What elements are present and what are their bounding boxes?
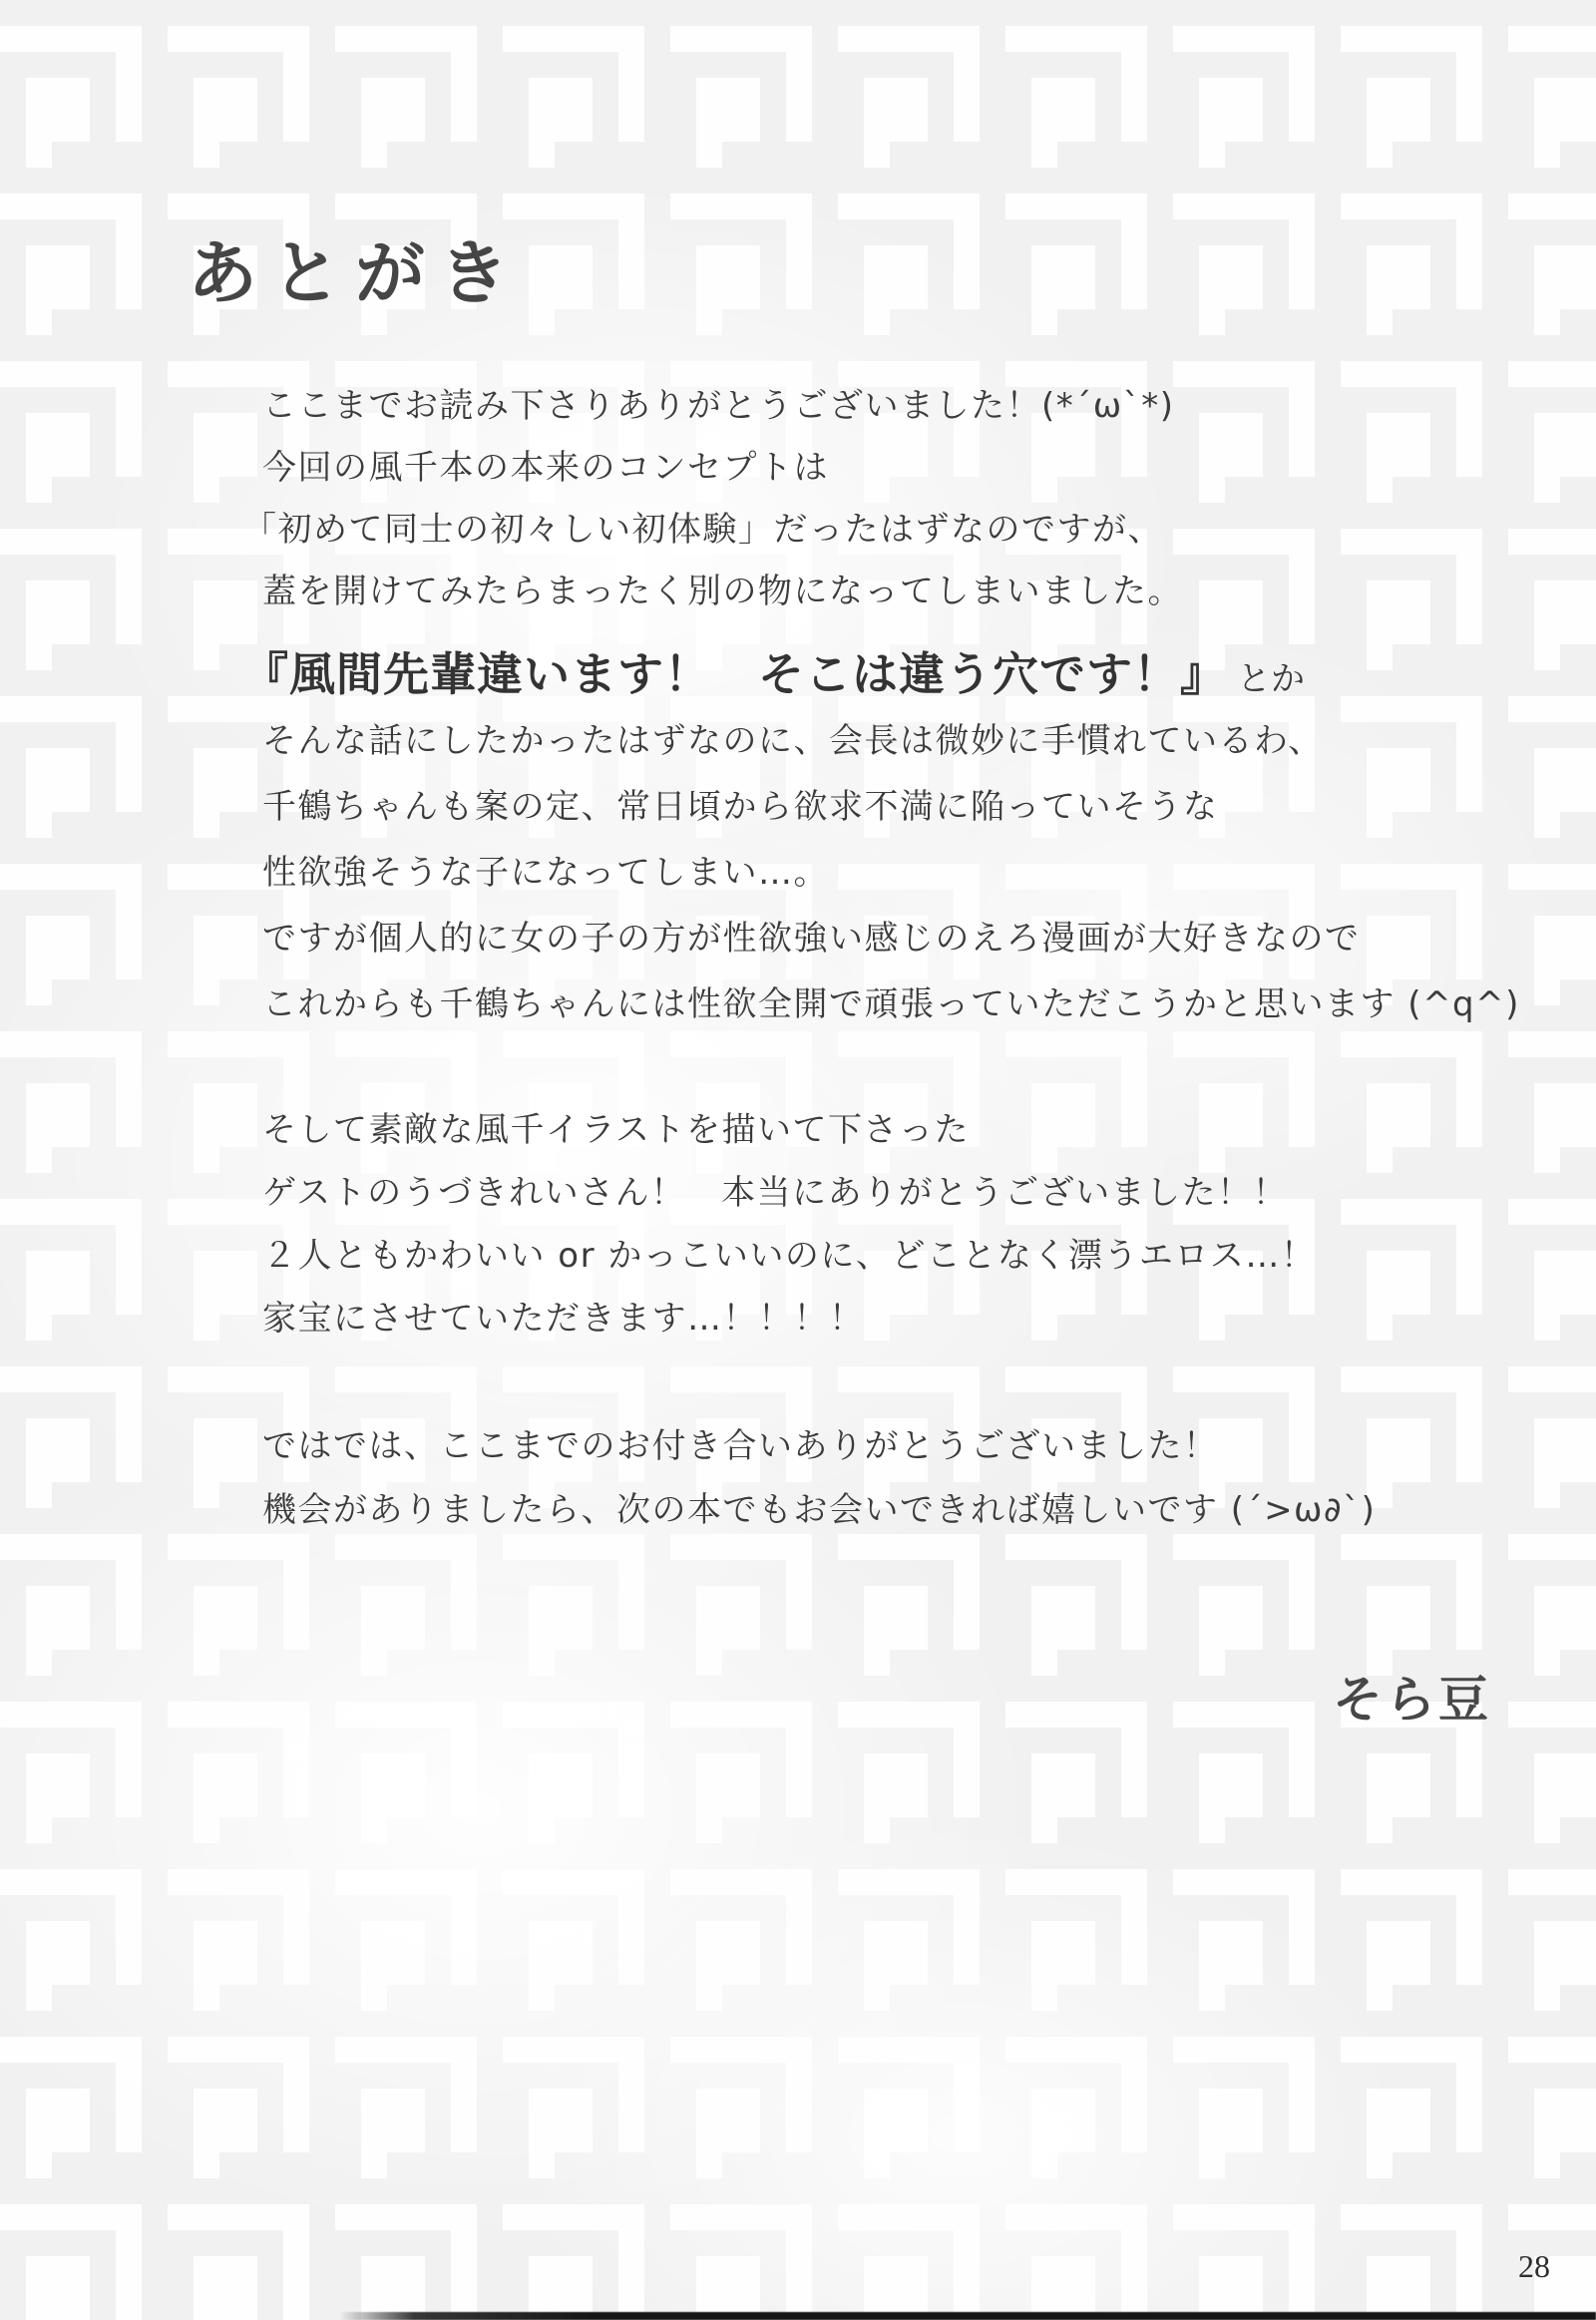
afterword-line: これからも千鶴ちゃんには性欲全開で頑張っていただこうかと思います (^q^) xyxy=(262,967,1520,1033)
afterword-line: ここまでお読み下さりありがとうございました！(*´ω`*) xyxy=(262,371,1183,433)
paragraph-4: ではでは、ここまでのお付き合いありがとうございました！ 機会がありましたら、次の… xyxy=(262,1410,1376,1538)
author-signature: そら豆 xyxy=(1333,1660,1491,1732)
paragraph-2: そんな話にしたかったはずなのに、会長は微妙に手慣れているわ、 千鶴ちゃんも案の定… xyxy=(262,704,1520,1033)
afterword-line: 家宝にさせていただきます…！！！！ xyxy=(262,1284,1316,1347)
afterword-line: そんな話にしたかったはずなのに、会長は微妙に手慣れているわ、 xyxy=(262,704,1520,770)
paragraph-3: そして素敵な風千イラストを描いて下さった ゲストのうづきれいさん！ 本当にありが… xyxy=(262,1095,1316,1347)
afterword-line: 「初めて同士の初々しい初体験」だったはずなのですが、 xyxy=(242,495,1183,557)
afterword-line: ゲストのうづきれいさん！ 本当にありがとうございました！！ xyxy=(262,1158,1316,1221)
afterword-content: あとがき ここまでお読み下さりありがとうございました！(*´ω`*) 今回の風千… xyxy=(0,0,1596,2320)
afterword-line: 千鶴ちゃんも案の定、常日頃から欲求不満に陥っていそうな xyxy=(262,770,1520,836)
scanned-page: あとがき ここまでお読み下さりありがとうございました！(*´ω`*) 今回の風千… xyxy=(0,0,1596,2320)
paragraph-1: ここまでお読み下さりありがとうございました！(*´ω`*) 今回の風千本の本来の… xyxy=(262,371,1183,618)
page-number: 28 xyxy=(1518,2248,1550,2285)
scan-edge-shadow xyxy=(339,2312,1596,2320)
afterword-line: 蓋を開けてみたらまったく別の物になってしまいました。 xyxy=(262,557,1183,618)
afterword-line: そして素敵な風千イラストを描いて下さった xyxy=(262,1095,1316,1158)
headline-line: 『風間先輩違います！ そこは違う穴です！』とか xyxy=(242,638,1305,704)
afterword-line: 性欲強そうな子になってしまい…。 xyxy=(262,836,1520,902)
afterword-line: ですが個人的に女の子の方が性欲強い感じのえろ漫画が大好きなので xyxy=(262,902,1520,967)
afterword-line: 今回の風千本の本来のコンセプトは xyxy=(262,433,1183,495)
page-title: あとがき xyxy=(188,217,523,318)
afterword-line: ではでは、ここまでのお付き合いありがとうございました！ xyxy=(262,1410,1376,1474)
afterword-line: ２人ともかわいい or かっこいいのに、どことなく漂うエロス…！ xyxy=(262,1221,1316,1284)
headline-suffix: とか xyxy=(1237,659,1305,699)
headline-text: 『風間先輩違います！ そこは違う穴です！』 xyxy=(242,647,1227,701)
afterword-line: 機会がありましたら、次の本でもお会いできれば嬉しいです (´>ω∂`) xyxy=(262,1474,1376,1538)
